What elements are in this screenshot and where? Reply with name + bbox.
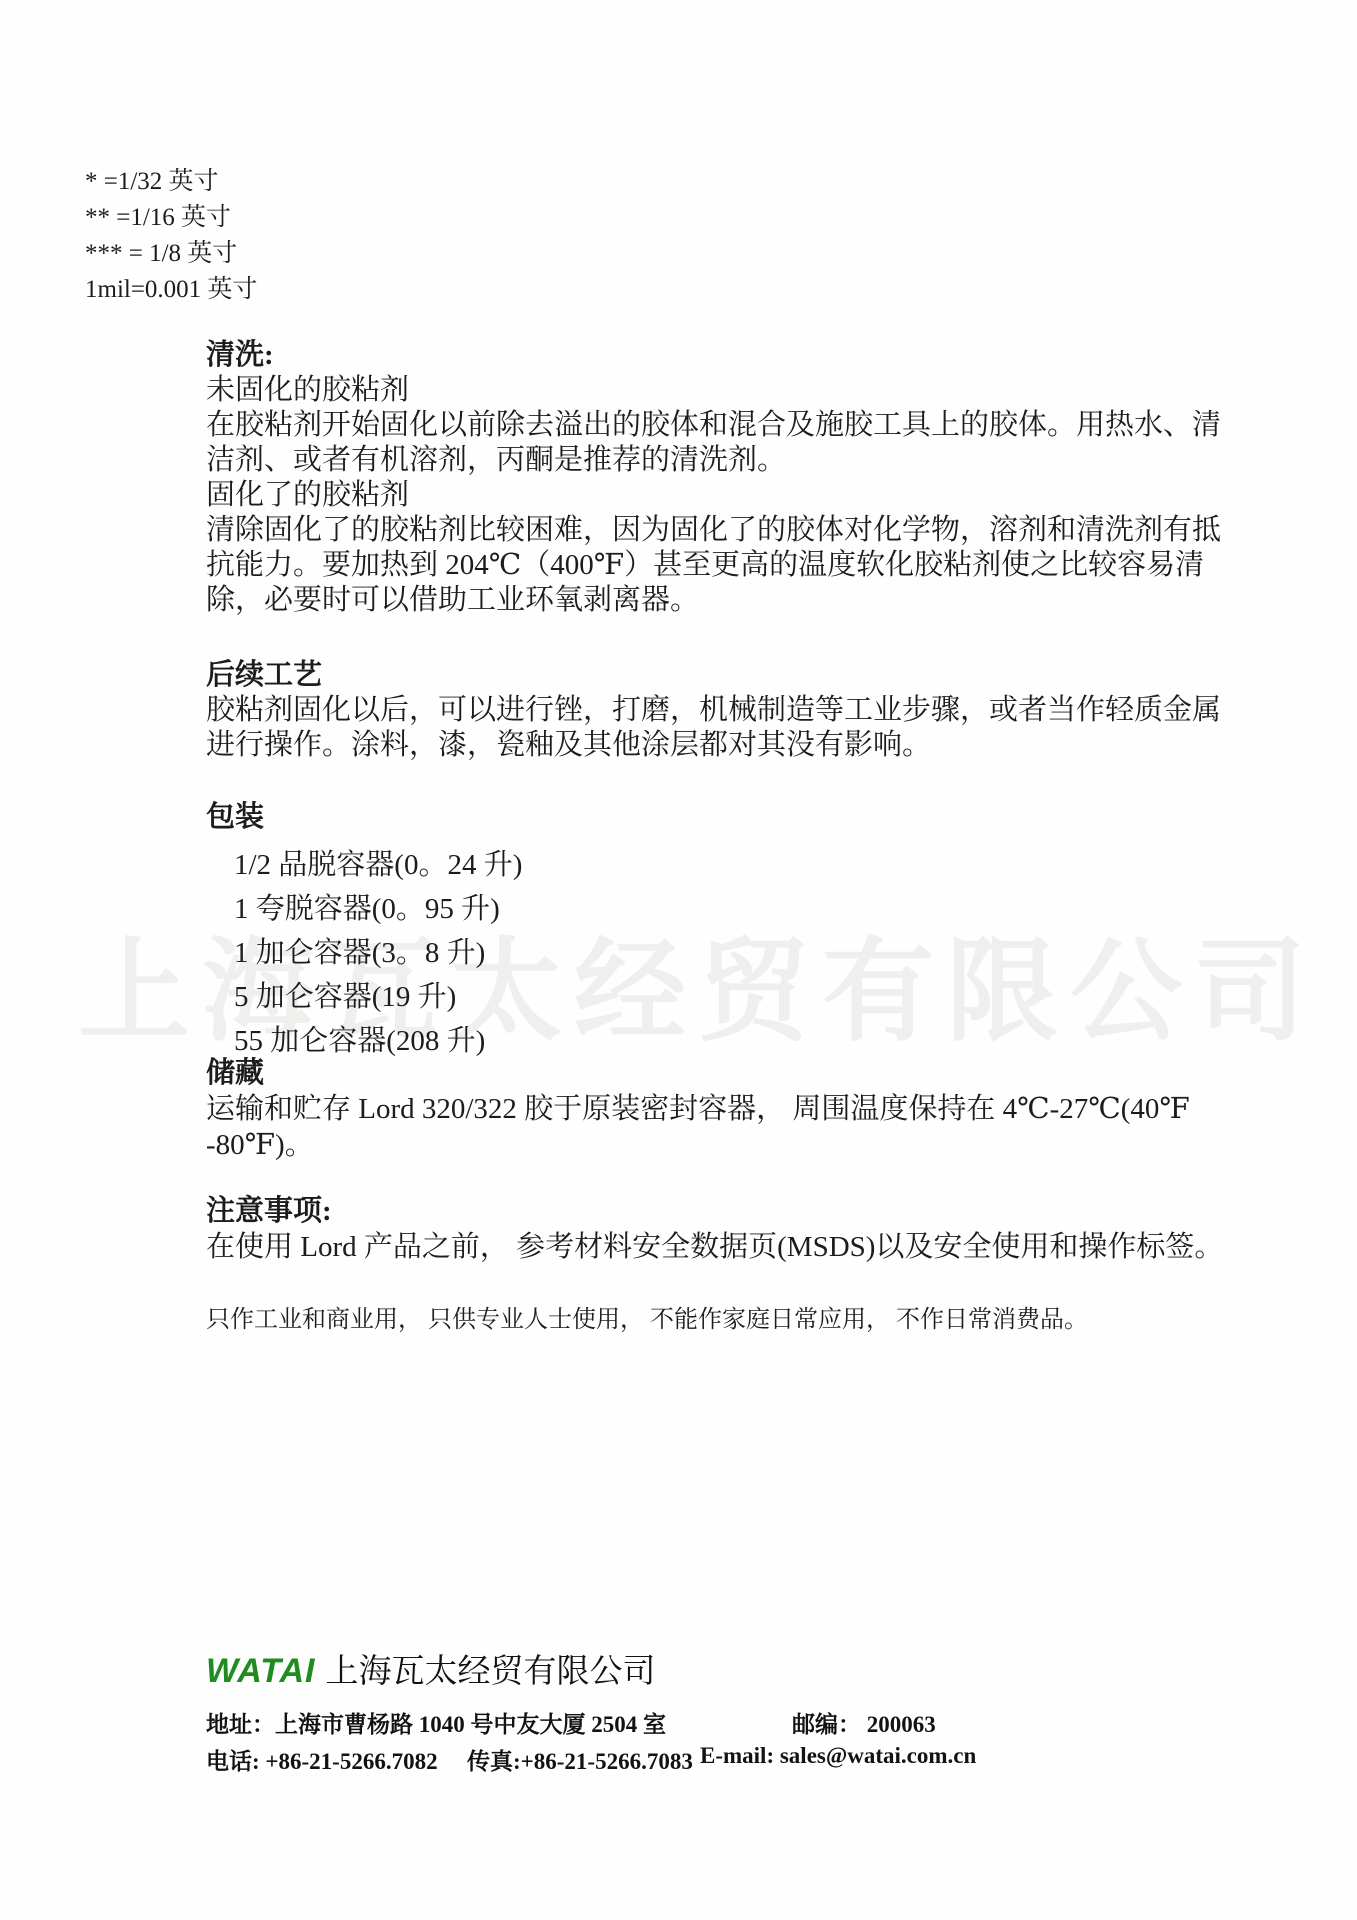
watai-logo: WATAI — [206, 1652, 316, 1691]
section-cautions: 注意事项: 在使用 Lord 产品之前， 参考材料安全数据页(MSDS)以及安全… — [206, 1193, 1246, 1265]
section-post-process: 后续工艺 胶粘剂固化以后，可以进行锉，打磨，机械制造等工业步骤，或者当作轻质金属… — [206, 658, 1246, 763]
cleaning-cured-body: 清除固化了的胶粘剂比较困难，因为固化了的胶体对化学物，溶剂和清洗剂有抵 抗能力。… — [206, 513, 1246, 618]
footer-contact-row: 电话: +86-21-5266.7082 传真:+86-21-5266.7083… — [206, 1743, 1216, 1780]
cautions-heading: 注意事项: — [206, 1193, 1246, 1229]
email-text: E-mail: sales@watai.com.cn — [700, 1743, 976, 1769]
packaging-heading: 包装 — [206, 800, 1246, 835]
measurement-footnotes: * =1/32 英寸** =1/16 英寸*** = 1/8 英寸1mil=0.… — [85, 164, 257, 308]
list-item: 1 加仑容器(3。8 升) — [234, 931, 1246, 975]
packaging-list: 1/2 品脱容器(0。24 升)1 夸脱容器(0。95 升)1 加仑容器(3。8… — [234, 843, 1246, 1063]
post-process-body: 胶粘剂固化以后，可以进行锉，打磨，机械制造等工业步骤，或者当作轻质金属 进行操作… — [206, 693, 1246, 763]
footer-address-row: 地址：上海市曹杨路 1040 号中友大厦 2504 室 邮编： 200063 — [206, 1706, 1216, 1743]
document-page: 上海瓦太经贸有限公司 * =1/32 英寸** =1/16 英寸*** = 1/… — [0, 0, 1357, 1920]
company-name: 上海瓦太经贸有限公司 — [326, 1645, 656, 1692]
list-item: 1/2 品脱容器(0。24 升) — [234, 843, 1246, 887]
phone-text: 电话: +86-21-5266.7082 — [206, 1743, 438, 1776]
post-process-heading: 后续工艺 — [206, 658, 1246, 693]
cautions-body: 在使用 Lord 产品之前， 参考材料安全数据页(MSDS)以及安全使用和操作标… — [206, 1229, 1246, 1265]
postcode-text: 邮编： 200063 — [792, 1706, 936, 1739]
address-text: 地址：上海市曹杨路 1040 号中友大厦 2504 室 — [206, 1706, 666, 1739]
section-cleaning: 清洗: 未固化的胶粘剂 在胶粘剂开始固化以前除去溢出的胶体和混合及施胶工具上的胶… — [206, 338, 1246, 618]
section-packaging: 包装 1/2 品脱容器(0。24 升)1 夸脱容器(0。95 升)1 加仑容器(… — [206, 800, 1246, 1063]
section-storage: 储藏 运输和贮存 Lord 320/322 胶于原装密封容器， 周围温度保持在 … — [206, 1055, 1246, 1163]
storage-body: 运输和贮存 Lord 320/322 胶于原装密封容器， 周围温度保持在 4℃-… — [206, 1091, 1246, 1163]
cleaning-cured-title: 固化了的胶粘剂 — [206, 478, 1246, 513]
footer-brand-line: WATAI 上海瓦太经贸有限公司 — [206, 1645, 1216, 1692]
cleaning-heading: 清洗: — [206, 338, 1246, 373]
list-item: 1 夸脱容器(0。95 升) — [234, 887, 1246, 931]
list-item: ** =1/16 英寸 — [85, 200, 257, 236]
cleaning-uncured-title: 未固化的胶粘剂 — [206, 373, 1246, 408]
usage-disclaimer: 只作工业和商业用， 只供专业人士使用， 不能作家庭日常应用， 不作日常消费品。 — [206, 1305, 1306, 1335]
storage-heading: 储藏 — [206, 1055, 1246, 1091]
list-item: 1mil=0.001 英寸 — [85, 272, 257, 308]
cleaning-uncured-body: 在胶粘剂开始固化以前除去溢出的胶体和混合及施胶工具上的胶体。用热水、清 洁剂、或… — [206, 408, 1246, 478]
list-item: 5 加仑容器(19 升) — [234, 975, 1246, 1019]
company-footer: WATAI 上海瓦太经贸有限公司 地址：上海市曹杨路 1040 号中友大厦 25… — [206, 1645, 1216, 1780]
fax-text: 传真:+86-21-5266.7083 — [467, 1743, 693, 1776]
list-item: *** = 1/8 英寸 — [85, 236, 257, 272]
list-item: * =1/32 英寸 — [85, 164, 257, 200]
